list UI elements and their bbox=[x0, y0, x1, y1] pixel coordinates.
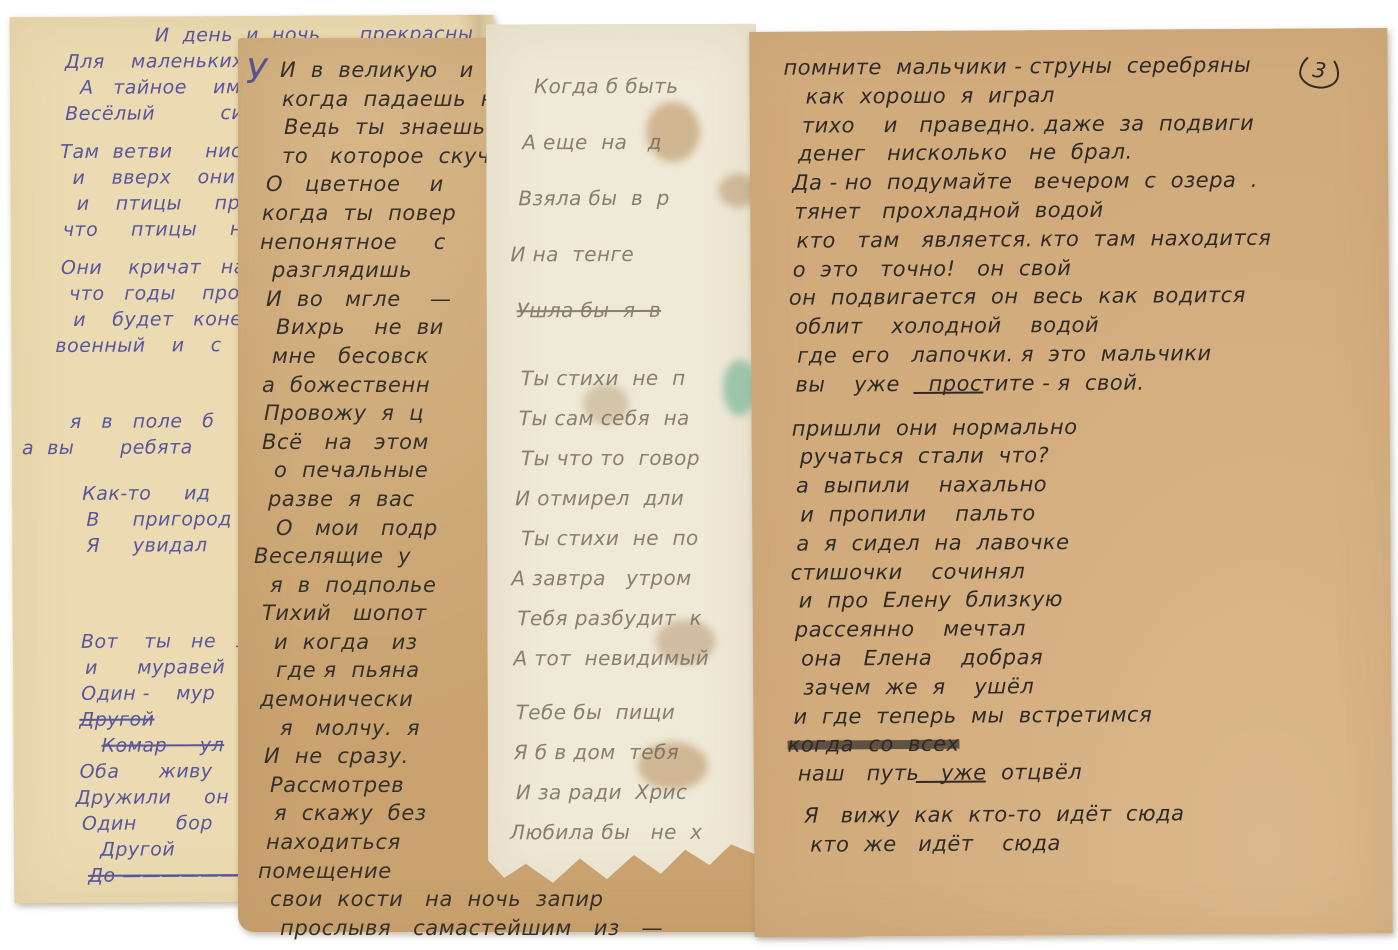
manuscript-line: Ты что то говор bbox=[521, 438, 757, 479]
manuscript-line: и пропили пальто bbox=[800, 497, 1390, 529]
manuscript-line: пришли они нормально bbox=[792, 411, 1390, 443]
manuscript-line: Взяла бы в р bbox=[518, 178, 756, 219]
manuscript-page-4: 3 помните мальчики - струны серебряныкак… bbox=[749, 28, 1393, 937]
manuscript-line: Ты стихи не п bbox=[521, 358, 757, 399]
manuscript-line: тянет прохладной водой bbox=[794, 194, 1388, 226]
manuscript-line: Тебя разбудит к bbox=[517, 598, 757, 639]
manuscript-line: кто же идёт сюда bbox=[810, 827, 1392, 859]
page3-text-block: Когда б бытьА еще на дВзяла бы в рИ на т… bbox=[486, 24, 758, 853]
manuscript-line: Ты стихи не по bbox=[521, 518, 757, 559]
manuscript-line: И на тенге bbox=[510, 234, 756, 275]
manuscript-line: она Елена добрая bbox=[801, 641, 1391, 673]
manuscript-line: денег нисколько не брал. bbox=[798, 136, 1388, 168]
manuscript-line: Любила бы не х bbox=[510, 812, 758, 853]
manuscript-line: Да - но подумайте вечером с озера . bbox=[792, 165, 1388, 197]
manuscript-line: И отмирел дли bbox=[515, 478, 757, 519]
manuscript-line: И за ради Хрис bbox=[516, 772, 758, 813]
manuscript-line: а я сидел на лавочке bbox=[796, 526, 1390, 558]
manuscript-line: Я вижу как кто-то идёт сюда bbox=[804, 798, 1392, 830]
manuscript-line: А завтра утром bbox=[511, 558, 757, 599]
page4-text-block: помните мальчики - струны серебряныкак х… bbox=[749, 28, 1392, 859]
manuscript-line: когда со всех bbox=[788, 727, 1392, 759]
manuscript-line: он подвигается он весь как водится bbox=[789, 280, 1389, 312]
manuscript-line: облит холодной водой bbox=[795, 309, 1389, 341]
manuscript-line: А еще на д bbox=[522, 122, 756, 163]
manuscript-line: кто там является. кто там находится bbox=[796, 223, 1388, 255]
manuscript-photo: И день и ночь прекрасныДля маленькихА та… bbox=[0, 0, 1398, 950]
manuscript-line: как хорошо я играл bbox=[806, 79, 1388, 111]
manuscript-line: стишочки сочинял bbox=[790, 555, 1390, 587]
manuscript-line: А тот невидимый bbox=[513, 638, 757, 679]
manuscript-line: Я б в дом тебя bbox=[514, 732, 758, 773]
manuscript-page-3: Когда б бытьА еще на дВзяла бы в рИ на т… bbox=[486, 24, 758, 887]
manuscript-line: ручаться стали что? bbox=[800, 439, 1390, 471]
manuscript-line: Ушла бы я в bbox=[517, 290, 757, 331]
manuscript-line: и про Елену близкую bbox=[799, 583, 1391, 615]
manuscript-line: Когда б быть bbox=[534, 66, 756, 107]
manuscript-line: Ты сам себя на bbox=[519, 398, 757, 439]
manuscript-line: о это точно! он свой bbox=[793, 252, 1389, 284]
manuscript-line: рассеянно мечтал bbox=[795, 612, 1391, 644]
manuscript-line: тихо и праведно. даже за подвиги bbox=[802, 108, 1388, 140]
manuscript-line: а выпили нахально bbox=[796, 468, 1390, 500]
manuscript-line: вы уже простите - я свой. bbox=[795, 367, 1389, 394]
manuscript-line: Тебе бы пищи bbox=[516, 692, 758, 733]
manuscript-line: где его лапочки. я это мальчики bbox=[797, 338, 1389, 370]
manuscript-line: помните мальчики - струны серебряны bbox=[783, 50, 1387, 82]
manuscript-line: наш путь уже отцвёл bbox=[798, 756, 1392, 783]
manuscript-line: и где теперь мы встретимся bbox=[793, 699, 1391, 731]
manuscript-line: зачем же я ушёл bbox=[803, 670, 1391, 702]
